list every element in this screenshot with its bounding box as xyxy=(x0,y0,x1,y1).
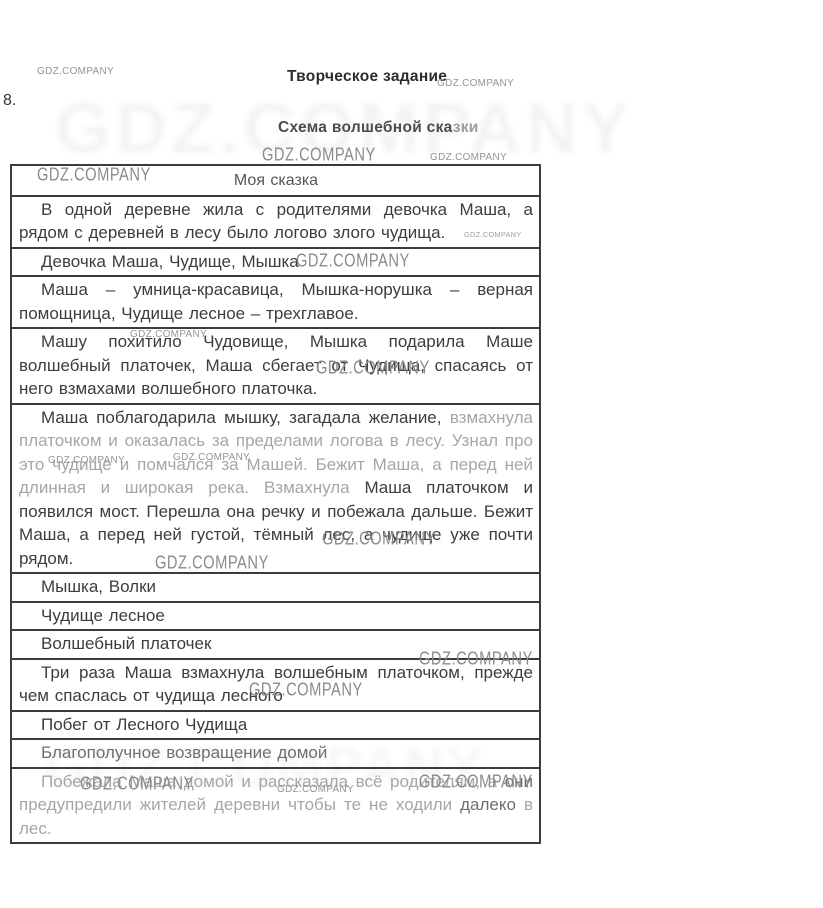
watermark: GDZ.COMPANY xyxy=(262,144,376,165)
watermark: GDZ.COMPANY xyxy=(430,152,507,163)
table-cell: Благополучное возвращение домой xyxy=(19,741,533,765)
subtitle-text: Схема волшебной ска xyxy=(278,119,453,136)
table-row-setting: В одной деревне жила с родителями девочк… xyxy=(12,197,539,249)
document-page: GDZ.COMPANY GDZ.COMPANY Творческое задан… xyxy=(0,0,823,908)
subtitle-faded-text: зки xyxy=(453,119,479,136)
cell-text-segment: В одной деревне жила с родителями девочк… xyxy=(19,200,533,243)
cell-text-segment: Мышка, Волки xyxy=(41,577,156,596)
table-row-characters: Девочка Маша, Чудище, Мышка xyxy=(12,249,539,278)
table-cell: Волшебный платочек xyxy=(19,632,533,656)
table-cell: В одной деревне жила с родителями девочк… xyxy=(19,198,533,245)
cell-text-segment: Волшебный платочек xyxy=(41,634,211,653)
table-row-helpers: Мышка, Волки xyxy=(12,574,539,603)
table-cell: Мышка, Волки xyxy=(19,575,533,599)
table-cell: Три раза Маша взмахнула волшебным платоч… xyxy=(19,661,533,708)
cell-text-segment: Благополучное возвращение домой xyxy=(41,743,327,762)
cell-text-segment: Побежала Маша домой и рассказала всё род… xyxy=(41,772,505,791)
task-number: 8. xyxy=(3,92,16,110)
table-cell: Маша – умница-красавица, Мышка-норушка –… xyxy=(19,278,533,325)
table-cell: Побежала Маша домой и рассказала всё род… xyxy=(19,770,533,841)
table-row-villain: Чудище лесное xyxy=(12,603,539,632)
table-cell: Побег от Лесного Чудища xyxy=(19,713,533,737)
table-row-magic-item: Волшебный платочек xyxy=(12,631,539,660)
page-title: Творческое задание xyxy=(287,68,447,86)
page-subtitle: Схема волшебной сказки xyxy=(278,119,479,137)
table-cell: Чудище лесное xyxy=(19,604,533,628)
cell-text-segment: далеко xyxy=(460,795,524,814)
cell-text-segment: они xyxy=(505,772,533,791)
table-row-character-traits: Маша – умница-красавица, Мышка-норушка –… xyxy=(12,277,539,329)
table-row-escape: Побег от Лесного Чудища xyxy=(12,712,539,741)
table-cell: Маша поблагодарила мышку, загадала желан… xyxy=(19,406,533,571)
table-row-main-events: Маша поблагодарила мышку, загадала желан… xyxy=(12,405,539,575)
table-cell: Моя сказка xyxy=(19,168,533,193)
cell-text-segment: Девочка Маша, Чудище, Мышка xyxy=(41,252,299,271)
table-cell: Машу похитило Чудовище, Мышка подарила М… xyxy=(19,330,533,401)
watermark: GDZ.COMPANY xyxy=(437,78,514,89)
cell-text-segment: Три раза Маша взмахнула волшебным платоч… xyxy=(19,663,533,706)
cell-text-segment: Моя сказка xyxy=(234,172,318,189)
cell-text-segment: Чудище лесное xyxy=(41,606,165,625)
table-cell: Девочка Маша, Чудище, Мышка xyxy=(19,250,533,274)
table-row-ending: Побежала Маша домой и рассказала всё род… xyxy=(12,769,539,843)
cell-text-segment: Машу похитило Чудовище, Мышка подарила М… xyxy=(19,332,533,398)
cell-text-segment: Побег от Лесного Чудища xyxy=(41,715,247,734)
cell-text-segment: Маша – умница-красавица, Мышка-норушка –… xyxy=(19,280,533,323)
table-row-plot-setup: Машу похитило Чудовище, Мышка подарила М… xyxy=(12,329,539,405)
cell-text-segment: Маша поблагодарила мышку, загадала желан… xyxy=(41,408,450,427)
watermark: GDZ.COMPANY xyxy=(37,66,114,77)
table-row-my-tale-header: Моя сказка xyxy=(12,166,539,197)
table-row-happy-return: Благополучное возвращение домой xyxy=(12,740,539,769)
table-row-three-times: Три раза Маша взмахнула волшебным платоч… xyxy=(12,660,539,712)
cell-text-segment: предупредили жителей деревни чтобы те не… xyxy=(19,795,460,814)
story-table: Моя сказкаВ одной деревне жила с родител… xyxy=(10,164,541,844)
